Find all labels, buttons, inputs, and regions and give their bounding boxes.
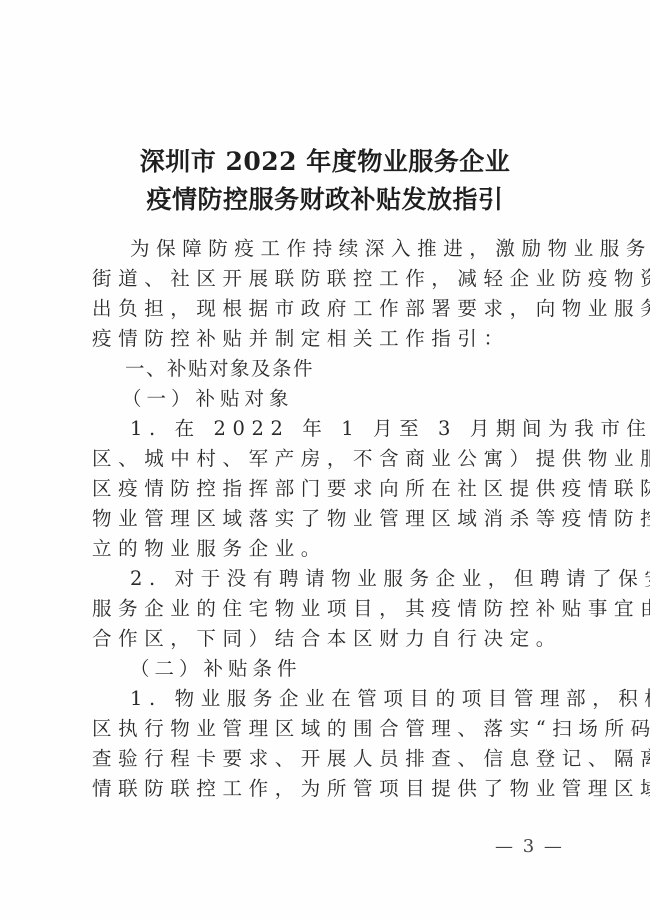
intro-line: 疫情防控补贴并制定相关工作指引： xyxy=(92,324,554,354)
item-1-line: 1. 在 2022 年 1 月至 3 月期间为我市住宅物业项目（住宅小 xyxy=(92,414,554,444)
intro-line: 街道、社区开展联防联控工作，减轻企业防疫物资、消杀服务支 xyxy=(92,264,554,294)
document-title-line-1: 深圳市 2022 年度物业服务企业 xyxy=(0,142,650,178)
document-body: 为保障防疫工作持续深入推进，激励物业服务企业积极配合 街道、社区开展联防联控工作… xyxy=(92,234,554,804)
section-heading-1: 一、补贴对象及条件 xyxy=(92,354,554,384)
condition-item-1-line: 情联防联控工作，为所管项目提供了物业管理区域清洁消杀等疫 xyxy=(92,774,554,804)
document-page: 深圳市 2022 年度物业服务企业 疫情防控服务财政补贴发放指引 为保障防疫工作… xyxy=(0,0,650,919)
item-1-line: 物业管理区域落实了物业管理区域消杀等疫情防控要求，依法设 xyxy=(92,504,554,534)
condition-item-1-line: 1. 物业服务企业在管项目的项目管理部，积极配合街道、社 xyxy=(92,684,554,714)
item-1-line: 区疫情防控指挥部门要求向所在社区提供疫情联防联控服务、在 xyxy=(92,474,554,504)
subsection-heading-1: （一）补贴对象 xyxy=(92,384,554,414)
item-2-line: 服务企业的住宅物业项目，其疫情防控补贴事宜由各区（含新区、 xyxy=(92,594,554,624)
document-title-line-2: 疫情防控服务财政补贴发放指引 xyxy=(0,180,650,216)
page-number: — 3 — xyxy=(495,836,564,857)
intro-line: 为保障防疫工作持续深入推进，激励物业服务企业积极配合 xyxy=(92,234,554,264)
item-2-line: 2. 对于没有聘请物业服务企业，但聘请了保安、保洁等专业 xyxy=(92,564,554,594)
item-1-line: 区、城中村、军产房，不含商业公寓）提供物业服务，并按市、 xyxy=(92,444,554,474)
condition-item-1-line: 查验行程卡要求、开展人员排查、信息登记、隔离人员服务等疫 xyxy=(92,744,554,774)
subsection-heading-2: （二）补贴条件 xyxy=(92,654,554,684)
condition-item-1-line: 区执行物业管理区域的围合管理、落实“扫场所码+电子哨兵”和 xyxy=(92,714,554,744)
item-1-line: 立的物业服务企业。 xyxy=(92,534,554,564)
item-2-line: 合作区，下同）结合本区财力自行决定。 xyxy=(92,624,554,654)
intro-line: 出负担，现根据市政府工作部署要求，向物业服务企业发放相关 xyxy=(92,294,554,324)
